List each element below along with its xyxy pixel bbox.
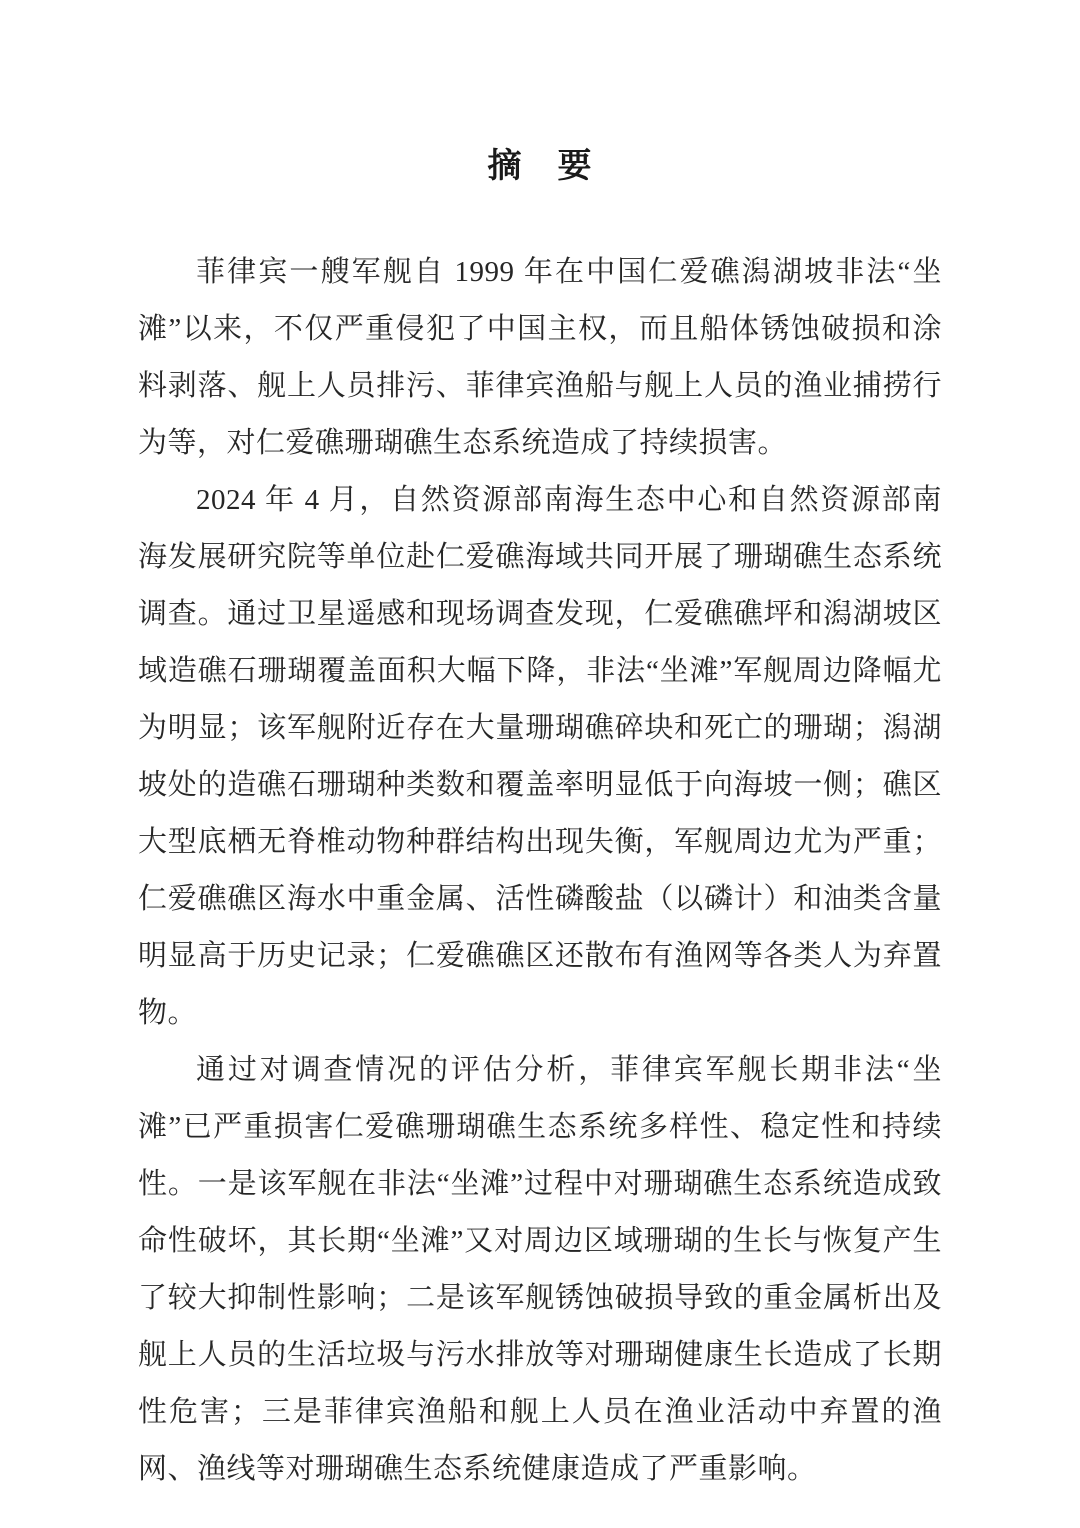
abstract-paragraph-2: 2024 年 4 月，自然资源部南海生态中心和自然资源部南海发展研究院等单位赴仁…: [138, 472, 942, 1042]
page-title: 摘 要: [138, 146, 942, 188]
document-page: 摘 要 菲律宾一艘军舰自 1999 年在中国仁爱礁潟湖坡非法“坐滩”以来，不仅严…: [0, 0, 1080, 1528]
abstract-paragraph-1: 菲律宾一艘军舰自 1999 年在中国仁爱礁潟湖坡非法“坐滩”以来，不仅严重侵犯了…: [138, 244, 942, 472]
abstract-paragraph-3: 通过对调查情况的评估分析，菲律宾军舰长期非法“坐滩”已严重损害仁爱礁珊瑚礁生态系…: [138, 1042, 942, 1498]
